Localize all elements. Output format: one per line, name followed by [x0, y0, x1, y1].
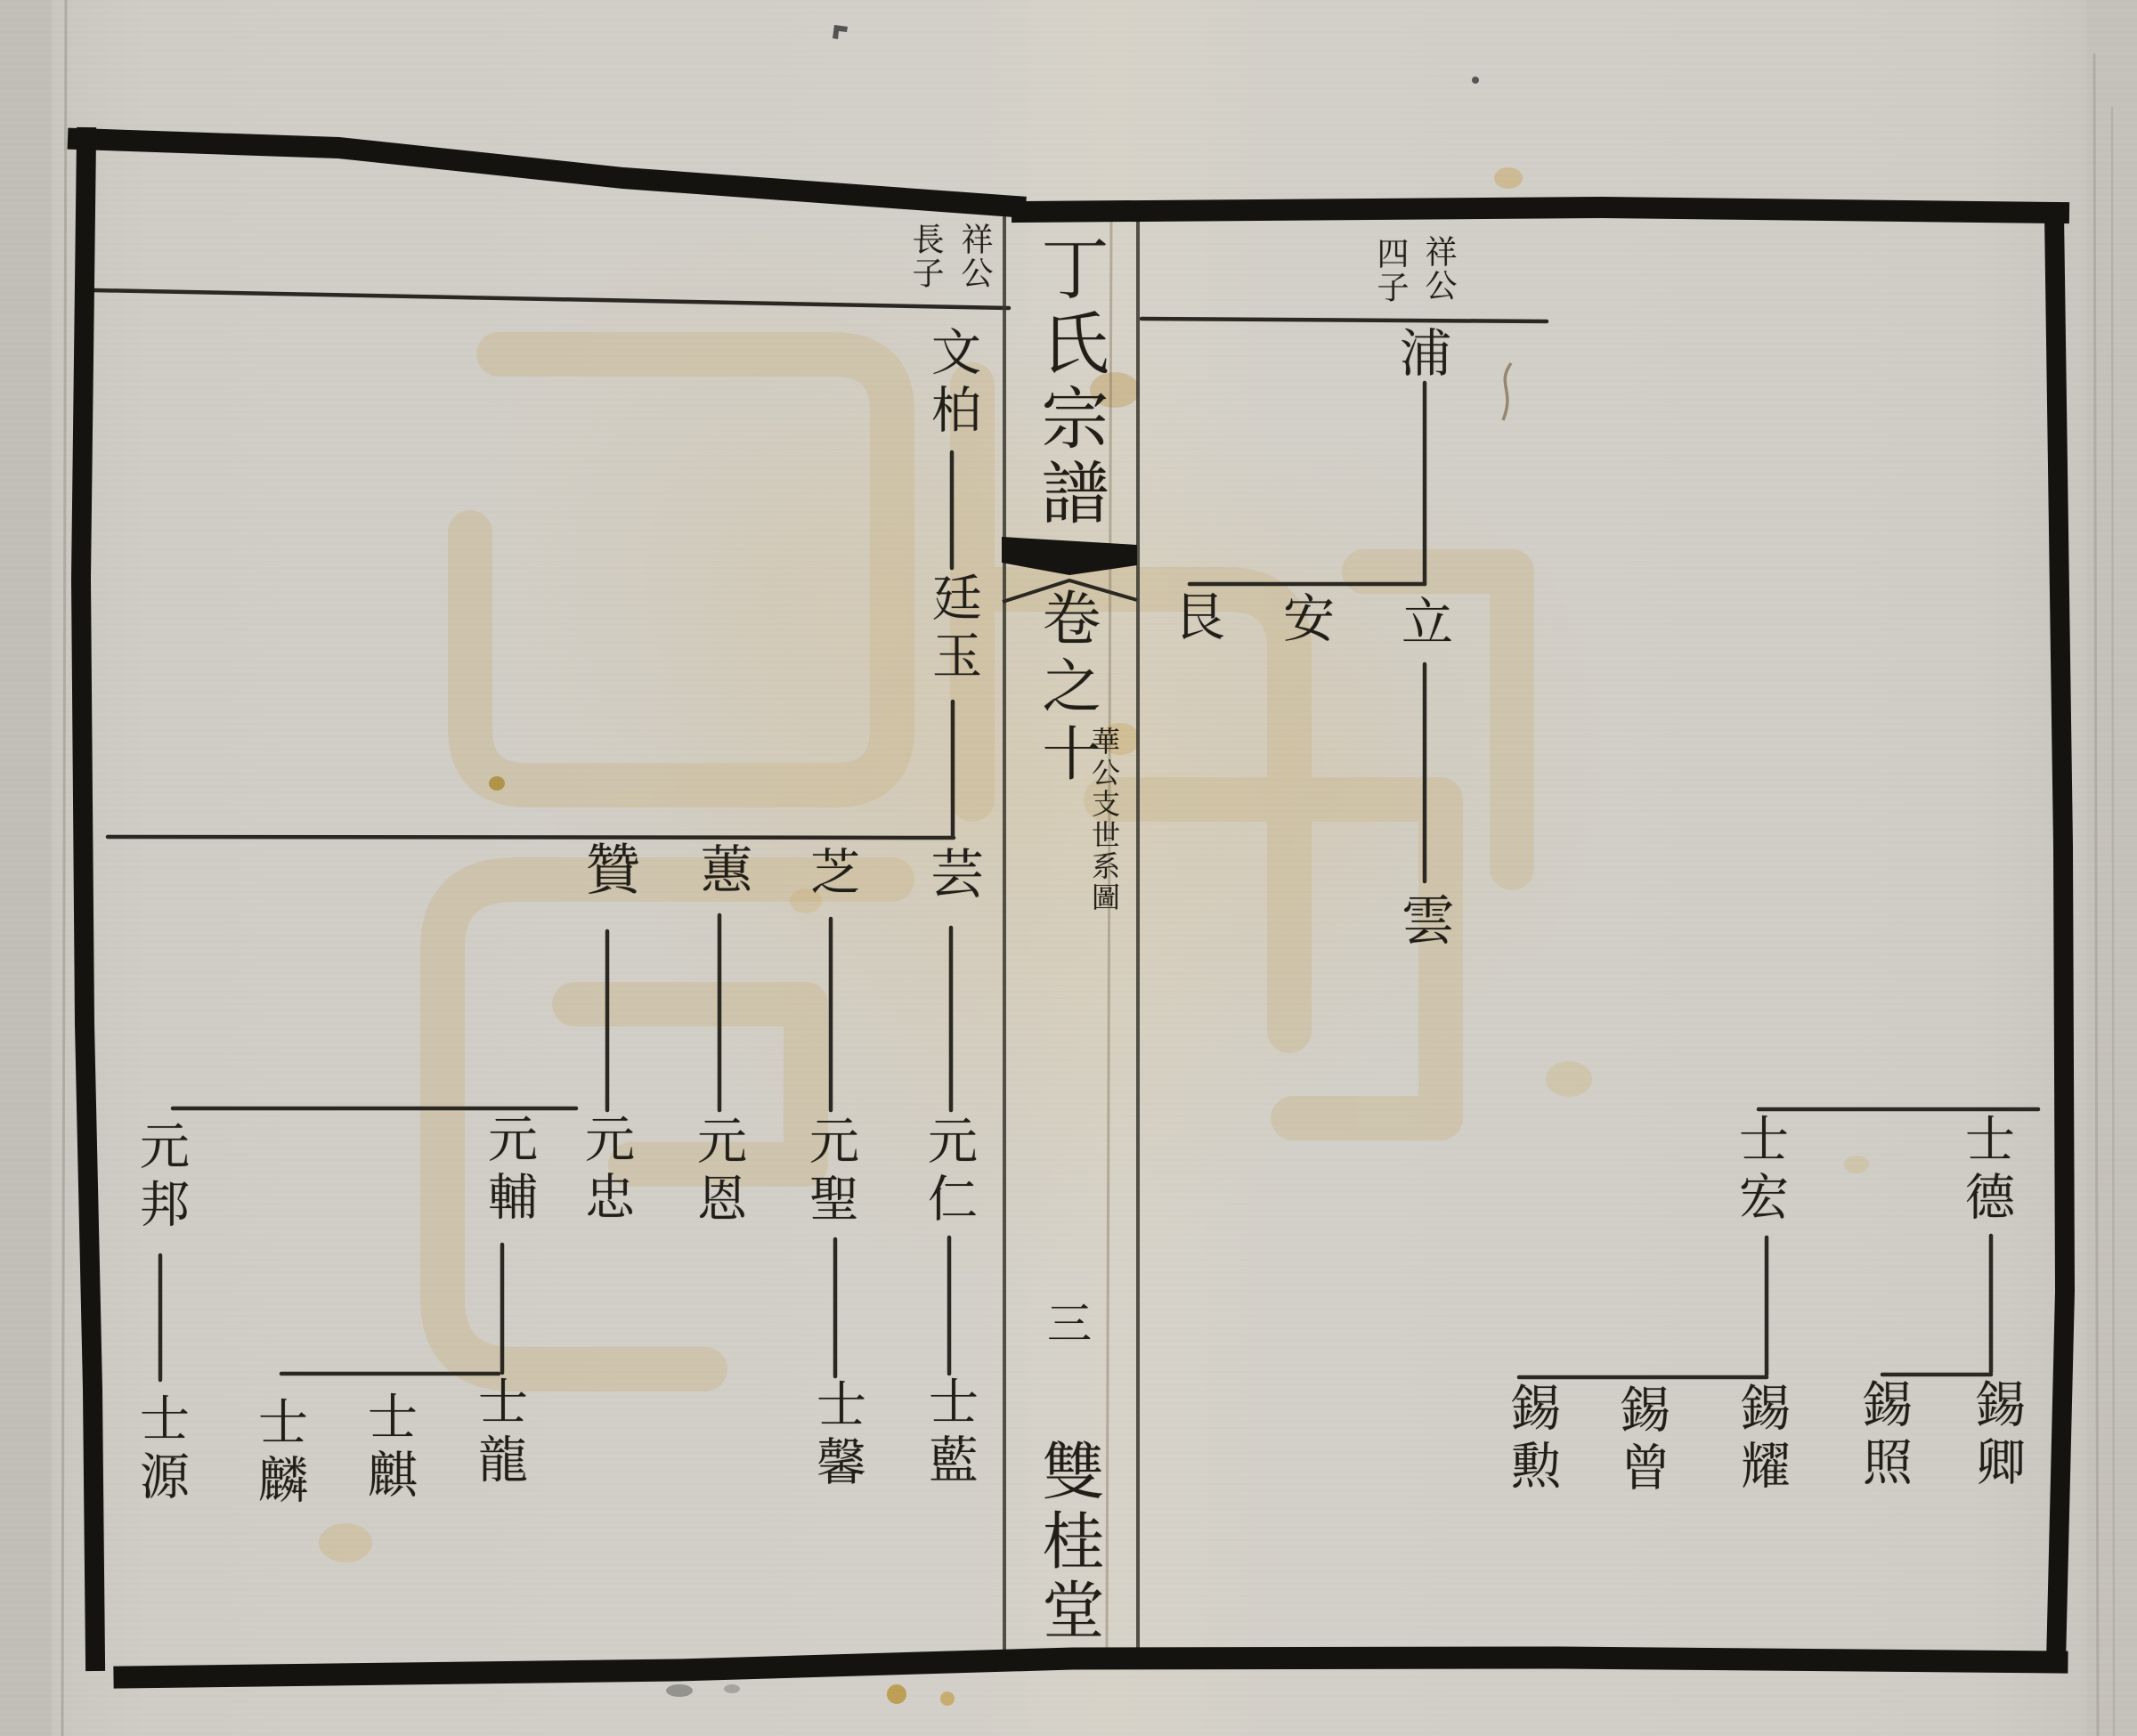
- person-yun-rue: 芸: [926, 846, 979, 899]
- person-yun-cloud: 雲: [1397, 892, 1450, 945]
- person-yuanzhong: 元忠: [581, 1113, 630, 1229]
- person-gen: 艮: [1168, 589, 1220, 641]
- person-shihong: 士宏: [1735, 1113, 1784, 1229]
- person-hui: 蕙: [695, 842, 747, 894]
- person-shixin: 士馨: [812, 1378, 862, 1494]
- right-header-col2: 四子: [1375, 237, 1407, 304]
- person-yuanfu: 元輔: [483, 1113, 533, 1229]
- person-shilong: 士龍: [474, 1375, 524, 1491]
- pen-mark: [1503, 363, 1511, 420]
- person-wenbo: 文柏: [927, 326, 977, 442]
- person-xizeng: 錫曾: [1616, 1383, 1666, 1499]
- left-header-col2: 長子: [910, 223, 942, 290]
- person-shiyuan: 士源: [135, 1392, 185, 1508]
- person-zan: 贊: [580, 840, 635, 896]
- spine-page-number: 三: [1044, 1300, 1088, 1344]
- person-yuanren: 元仁: [923, 1115, 973, 1230]
- left-header-col1: 祥公: [959, 223, 991, 290]
- spine-chart-label: 華公支世系圖: [1090, 726, 1118, 913]
- person-yuanbang: 元邦: [135, 1120, 185, 1236]
- person-shiqi: 士麒: [363, 1391, 413, 1506]
- genealogy-scan-page: 丁氏宗譜 卷之十 華公支世系圖 三 雙桂堂 祥公 長子 文柏 廷玉 芸 芝 蕙 …: [0, 0, 2137, 1736]
- right-header-col1: 祥公: [1423, 235, 1455, 303]
- fold-crease: [1107, 207, 1111, 1654]
- person-xizhao: 錫照: [1858, 1378, 1908, 1494]
- spine-title: 丁氏宗譜: [1035, 233, 1102, 532]
- person-shilin: 士麟: [254, 1396, 304, 1512]
- person-pu: 浦: [1394, 326, 1446, 377]
- person-yuansheng: 元聖: [805, 1115, 855, 1230]
- person-xiqing: 錫卿: [1971, 1378, 2021, 1494]
- person-yuanen: 元恩: [693, 1115, 743, 1230]
- person-xiyao: 錫耀: [1736, 1382, 1786, 1497]
- person-xixun: 錫勲: [1507, 1382, 1556, 1497]
- person-tingyu: 廷玉: [928, 572, 978, 687]
- spine-hall-mark: 雙桂堂: [1036, 1439, 1098, 1647]
- person-shilan: 士藍: [924, 1375, 974, 1491]
- spine-volume: 卷之十: [1036, 588, 1094, 791]
- person-li: 立: [1396, 595, 1448, 646]
- person-an: 安: [1278, 591, 1329, 643]
- person-zhi: 芝: [806, 846, 856, 896]
- person-shide: 士德: [1961, 1113, 2011, 1229]
